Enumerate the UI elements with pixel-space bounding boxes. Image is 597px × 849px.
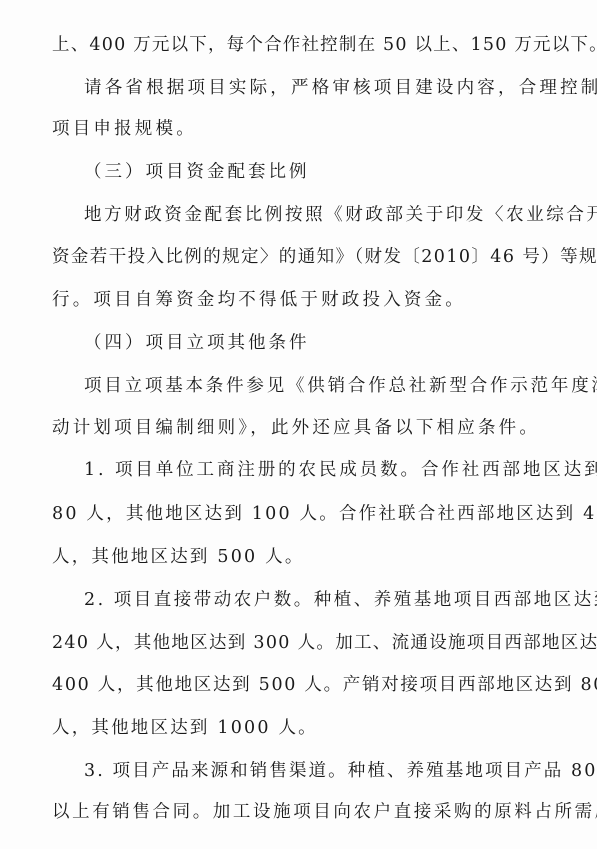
document-page: 上、400 万元以下，每个合作社控制在 50 以上、150 万元以下。 请各省根… bbox=[0, 0, 597, 849]
text-line-14: 2. 项目直接带动农户数。种植、养殖基地项目西部地区达到 bbox=[84, 589, 584, 611]
text-line-9: 项目立项基本条件参见《供销合作总社新型合作示范年度滚 bbox=[84, 375, 584, 397]
text-line-7: 行。项目自筹资金均不得低于财政投入资金。 bbox=[52, 289, 552, 311]
text-line-6: 资金若干投入比例的规定〉的通知》（财发〔2010〕46 号）等规定执 bbox=[52, 246, 552, 268]
section-heading-4: （四）项目立项其他条件 bbox=[84, 332, 584, 354]
text-line-19: 以上有销售合同。加工设施项目向农户直接采购的原料占所需原 bbox=[52, 801, 552, 823]
section-heading-3: （三）项目资金配套比例 bbox=[84, 161, 584, 183]
text-line-12: 80 人，其他地区达到 100 人。合作社联合社西部地区达到 400 bbox=[52, 503, 552, 525]
text-line-18: 3. 项目产品来源和销售渠道。种植、养殖基地项目产品 80% bbox=[84, 760, 584, 782]
text-line-16: 400 人，其他地区达到 500 人。产销对接项目西部地区达到 800 bbox=[52, 674, 552, 696]
text-line-3: 项目申报规模。 bbox=[52, 118, 552, 140]
text-line-15: 240 人，其他地区达到 300 人。加工、流通设施项目西部地区达到 bbox=[52, 632, 552, 654]
text-line-2: 请各省根据项目实际，严格审核项目建设内容，合理控制单个 bbox=[84, 77, 584, 99]
text-line-10: 动计划项目编制细则》，此外还应具备以下相应条件。 bbox=[52, 417, 552, 439]
text-line-17: 人，其他地区达到 1000 人。 bbox=[52, 717, 552, 739]
text-line-1: 上、400 万元以下，每个合作社控制在 50 以上、150 万元以下。 bbox=[52, 34, 552, 56]
text-line-5: 地方财政资金配套比例按照《财政部关于印发〈农业综合开发 bbox=[84, 204, 584, 226]
text-line-13: 人，其他地区达到 500 人。 bbox=[52, 546, 552, 568]
text-line-11: 1. 项目单位工商注册的农民成员数。合作社西部地区达到 bbox=[84, 459, 584, 481]
